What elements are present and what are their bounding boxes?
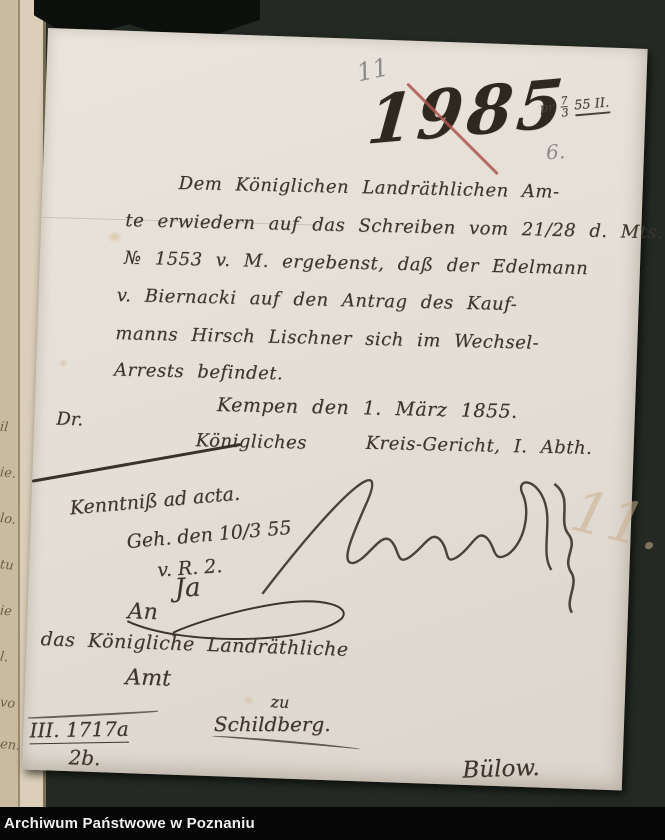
paper-stain — [58, 359, 68, 368]
script-fragment: il — [0, 420, 9, 436]
file-reference-2: 2b. — [68, 745, 101, 770]
main-signature-flourish — [254, 444, 610, 621]
script-fragment: ie. — [0, 465, 17, 482]
address-an: An — [127, 599, 158, 625]
script-fragment: lo. — [0, 511, 17, 528]
pencil-note-6: 6. — [545, 139, 566, 164]
body-line: v. Biernacki auf den Antrag des Kauf- — [116, 285, 517, 315]
place-underline-flourish — [211, 734, 361, 749]
fraction-denominator: 3 — [561, 106, 569, 119]
script-fragment: en. — [0, 737, 21, 754]
presentation-prefix: pr. — [539, 100, 557, 116]
presentation-note: pr. 73 55 II. — [539, 91, 610, 120]
manuscript-page: 11 1985 pr. 73 55 II. 6. Dem Königlichen… — [22, 28, 648, 790]
address-amt: Amt — [125, 665, 171, 692]
script-fragment: ie — [0, 603, 13, 619]
paper-stain — [107, 230, 123, 244]
body-line: te erwiedern auf das Schreiben vom 21/28… — [125, 210, 664, 243]
margin-note-ad-acta: Kenntniß ad acta. — [69, 483, 241, 520]
presentation-fraction: 73 — [560, 95, 569, 119]
body-line: Dem Königlichen Landräthlichen Am- — [178, 173, 559, 203]
clerk-signature: Bülow. — [462, 755, 540, 784]
script-fragment: l. — [0, 650, 9, 666]
margin-slash-stroke — [32, 443, 241, 482]
script-fragment: vo — [0, 695, 16, 712]
file-reference: III. 1717a — [29, 717, 129, 745]
script-fragment: tu — [0, 557, 14, 573]
body-line: № 1553 v. M. ergebenst, daß der Edelmann — [124, 248, 589, 280]
address-zu: zu — [270, 692, 289, 712]
body-line: Arrests befindet. — [114, 360, 284, 385]
dateline: Kempen den 1. März 1855. — [217, 394, 518, 423]
archive-watermark-bar: Archiwum Państwowe w Poznaniu — [0, 807, 665, 840]
margin-note-dr: Dr. — [56, 409, 83, 431]
archive-name-label: Archiwum Państwowe w Poznaniu — [4, 815, 255, 832]
paper-stain — [242, 695, 254, 705]
address-place: Schildberg. — [214, 712, 331, 736]
body-line: manns Hirsch Lischner sich im Wechsel- — [115, 323, 539, 354]
presentation-suffix: 55 II. — [573, 95, 610, 116]
archival-scan-viewer: il ie. lo. tu ie l. vo en. 11 1985 pr. 7… — [0, 0, 665, 840]
